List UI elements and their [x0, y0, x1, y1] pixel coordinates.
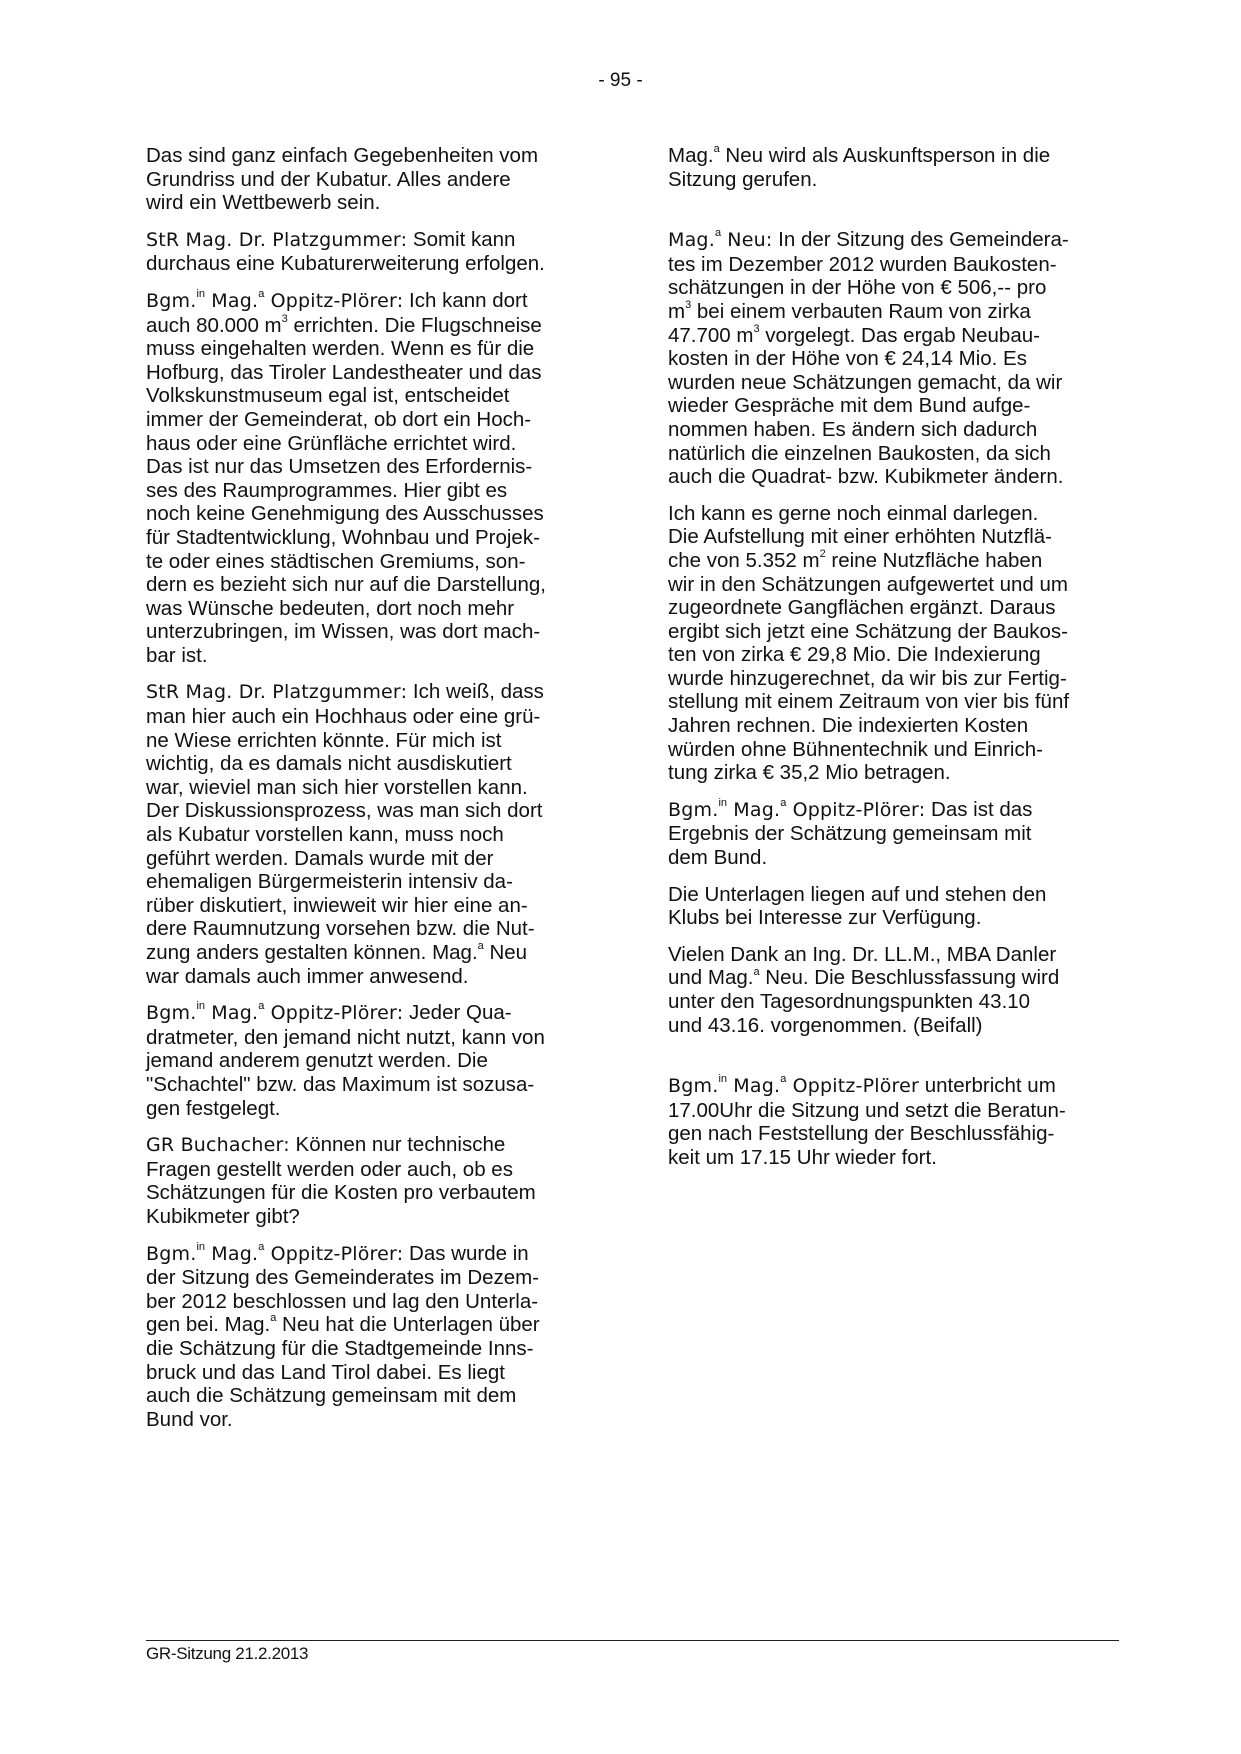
text-line: geführt werden. Damals wurde mit der: [146, 847, 596, 871]
text-line: Hofburg, das Tiroler Landestheater und d…: [146, 361, 596, 385]
text-run: Das wurde in: [403, 1242, 528, 1265]
paragraph: Die Unterlagen liegen auf und stehen den…: [668, 883, 1118, 930]
text-run: Neu hat die Unterlagen über: [276, 1313, 539, 1336]
paragraph: Bgm.in Mag.a Oppitz-Plörer: Das wurde in…: [146, 1242, 596, 1432]
paragraph: Vielen Dank an Ing. Dr. LL.M., MBA Danle…: [668, 943, 1118, 1037]
paragraph: StR Mag. Dr. Platzgummer: Ich weiß, dass…: [146, 680, 596, 988]
text-run: gen festgelegt.: [146, 1097, 281, 1120]
text-line: man hier auch ein Hochhaus oder eine grü…: [146, 705, 596, 729]
text-run: wichtig, da es damals nicht ausdiskutier…: [146, 752, 512, 775]
speaker-name: Oppitz-Plörer: [786, 1075, 919, 1097]
footer-session-date: GR-Sitzung 21.2.2013: [146, 1644, 308, 1664]
text-line: jemand anderem genutzt werden. Die: [146, 1049, 596, 1073]
text-line: dere Raumnutzung vorsehen bzw. die Nut-: [146, 917, 596, 941]
paragraph: Ich kann es gerne noch einmal darlegen.D…: [668, 502, 1118, 785]
paragraph: Mag.a Neu wird als Auskunftsperson in di…: [668, 144, 1118, 191]
text-line: der Sitzung des Gemeinderates im Dezem-: [146, 1266, 596, 1290]
text-run: kosten in der Höhe von € 24,14 Mio. Es: [668, 347, 1027, 370]
superscript: a: [270, 1312, 276, 1324]
text-run: natürlich die einzelnen Baukosten, da si…: [668, 442, 1051, 465]
text-run: te oder eines städtischen Gremiums, son-: [146, 550, 525, 573]
text-run: Jahren rechnen. Die indexierten Kosten: [668, 714, 1028, 737]
speaker-name: Bgm.: [668, 799, 718, 821]
text-run: Neu: [484, 941, 527, 964]
text-run: was Wünsche bedeuten, dort noch mehr: [146, 597, 514, 620]
text-run: Fragen gestellt werden oder auch, ob es: [146, 1158, 513, 1181]
text-run: 47.700 m: [668, 324, 753, 347]
text-run: als Kubatur vorstellen kann, muss noch: [146, 823, 504, 846]
text-line: keit um 17.15 Uhr wieder fort.: [668, 1146, 1118, 1170]
text-line: Volkskunstmuseum egal ist, entscheidet: [146, 384, 596, 408]
superscript: in: [196, 288, 205, 300]
paragraph: GR Buchacher: Können nur technischeFrage…: [146, 1133, 596, 1228]
text-line: Das sind ganz einfach Gegebenheiten vom: [146, 144, 596, 168]
speaker-name: Mag.: [668, 229, 715, 251]
speaker-name: Mag.: [205, 290, 258, 312]
text-line: ehemaligen Bürgermeisterin intensiv da-: [146, 870, 596, 894]
text-run: Das ist nur das Umsetzen des Erfordernis…: [146, 455, 532, 478]
paragraph: Bgm.in Mag.a Oppitz-Plörer unterbricht u…: [668, 1074, 1118, 1169]
speaker-name: Bgm.: [146, 1002, 196, 1024]
text-run: der Sitzung des Gemeinderates im Dezem-: [146, 1266, 539, 1289]
text-run: wurde hinzugerechnet, da wir bis zur Fer…: [668, 667, 1067, 690]
text-run: war, wieviel man sich hier vorstellen ka…: [146, 776, 528, 799]
text-line: gen festgelegt.: [146, 1097, 596, 1121]
left-column: Das sind ganz einfach Gegebenheiten vomG…: [146, 144, 596, 1444]
text-run: man hier auch ein Hochhaus oder eine grü…: [146, 705, 540, 728]
text-run: würden ohne Bühnentechnik und Einrich-: [668, 738, 1043, 761]
text-run: rüber diskutiert, inwieweit wir hier ein…: [146, 894, 528, 917]
text-line: Schätzungen für die Kosten pro verbautem: [146, 1181, 596, 1205]
text-run: che von 5.352 m: [668, 549, 820, 572]
text-run: Kubikmeter gibt?: [146, 1205, 300, 1228]
text-line: unterzubringen, im Wissen, was dort mach…: [146, 620, 596, 644]
text-line: Ich kann es gerne noch einmal darlegen.: [668, 502, 1118, 526]
text-run: tes im Dezember 2012 wurden Baukosten-: [668, 253, 1057, 276]
superscript: 3: [753, 323, 759, 335]
page-number: - 95 -: [0, 70, 1241, 92]
superscript: a: [478, 940, 484, 952]
text-run: und Mag.: [668, 966, 753, 989]
text-line: tung zirka € 35,2 Mio betragen.: [668, 761, 1118, 785]
text-run: auch die Schätzung gemeinsam mit dem: [146, 1384, 516, 1407]
speaker-name: Oppitz-Plörer:: [264, 1002, 403, 1024]
text-run: dere Raumnutzung vorsehen bzw. die Nut-: [146, 917, 535, 940]
text-line: die Schätzung für die Stadtgemeinde Inns…: [146, 1337, 596, 1361]
text-run: auch die Quadrat- bzw. Kubikmeter ändern…: [668, 465, 1063, 488]
text-line: Mag.a Neu wird als Auskunftsperson in di…: [668, 144, 1118, 168]
text-run: unter den Tagesordnungspunkten 43.10: [668, 990, 1030, 1013]
text-line: noch keine Genehmigung des Ausschusses: [146, 502, 596, 526]
text-line: rüber diskutiert, inwieweit wir hier ein…: [146, 894, 596, 918]
text-run: Die Unterlagen liegen auf und stehen den: [668, 883, 1046, 906]
text-line: Bgm.in Mag.a Oppitz-Plörer: Ich kann dor…: [146, 289, 596, 314]
paragraph: StR Mag. Dr. Platzgummer: Somit kanndurc…: [146, 228, 596, 276]
text-run: Die Aufstellung mit einer erhöhten Nutzf…: [668, 525, 1052, 548]
text-run: geführt werden. Damals wurde mit der: [146, 847, 494, 870]
text-line: wieder Gespräche mit dem Bund aufge-: [668, 394, 1118, 418]
text-run: Sitzung gerufen.: [668, 168, 817, 191]
text-line: dern es bezieht sich nur auf die Darstel…: [146, 573, 596, 597]
text-line: kosten in der Höhe von € 24,14 Mio. Es: [668, 347, 1118, 371]
text-run: nommen haben. Es ändern sich dadurch: [668, 418, 1037, 441]
superscript: a: [714, 143, 720, 155]
text-line: Grundriss und der Kubatur. Alles andere: [146, 168, 596, 192]
paragraph: Bgm.in Mag.a Oppitz-Plörer: Ich kann dor…: [146, 289, 596, 668]
paragraph: Bgm.in Mag.a Oppitz-Plörer: Das ist dasE…: [668, 798, 1118, 870]
text-run: Ich kann es gerne noch einmal darlegen.: [668, 502, 1038, 525]
text-run: stellung mit einem Zeitraum von vier bis…: [668, 690, 1069, 713]
text-line: 47.700 m3 vorgelegt. Das ergab Neubau-: [668, 324, 1118, 348]
text-run: ten von zirka € 29,8 Mio. Die Indexierun…: [668, 643, 1041, 666]
speaker-name: Mag.: [727, 1075, 780, 1097]
superscript: in: [196, 1000, 205, 1012]
text-run: ergibt sich jetzt eine Schätzung der Bau…: [668, 620, 1068, 643]
text-line: als Kubatur vorstellen kann, muss noch: [146, 823, 596, 847]
text-line: haus oder eine Grünfläche errichtet wird…: [146, 432, 596, 456]
speaker-name: Bgm.: [668, 1075, 718, 1097]
text-line: tes im Dezember 2012 wurden Baukosten-: [668, 253, 1118, 277]
text-line: che von 5.352 m2 reine Nutzfläche haben: [668, 549, 1118, 573]
text-run: schätzungen in der Höhe von € 506,-- pro: [668, 276, 1046, 299]
text-run: tung zirka € 35,2 Mio betragen.: [668, 761, 951, 784]
text-run: bei einem verbauten Raum von zirka: [691, 300, 1031, 323]
speaker-name: Bgm.: [146, 1243, 196, 1265]
text-run: dem Bund.: [668, 846, 767, 869]
text-run: Mag.: [668, 144, 714, 167]
text-run: Ergebnis der Schätzung gemeinsam mit: [668, 822, 1032, 845]
text-run: Ich kann dort: [403, 289, 527, 312]
text-run: m: [668, 300, 685, 323]
text-line: m3 bei einem verbauten Raum von zirka: [668, 300, 1118, 324]
text-run: Das ist das: [925, 798, 1032, 821]
text-run: Schätzungen für die Kosten pro verbautem: [146, 1181, 536, 1204]
text-line: wir in den Schätzungen aufgewertet und u…: [668, 573, 1118, 597]
text-line: zugeordnete Gangflächen ergänzt. Daraus: [668, 596, 1118, 620]
text-run: Der Diskussionsprozess, was man sich dor…: [146, 799, 542, 822]
text-line: Die Unterlagen liegen auf und stehen den: [668, 883, 1118, 907]
text-line: Vielen Dank an Ing. Dr. LL.M., MBA Danle…: [668, 943, 1118, 967]
text-line: ergibt sich jetzt eine Schätzung der Bau…: [668, 620, 1118, 644]
text-line: schätzungen in der Höhe von € 506,-- pro: [668, 276, 1118, 300]
text-run: gen nach Feststellung der Beschlussfähig…: [668, 1122, 1054, 1145]
text-line: zung anders gestalten können. Mag.a Neu: [146, 941, 596, 965]
text-line: wichtig, da es damals nicht ausdiskutier…: [146, 752, 596, 776]
text-run: muss eingehalten werden. Wenn es für die: [146, 337, 534, 360]
text-run: Hofburg, das Tiroler Landestheater und d…: [146, 361, 541, 384]
superscript: 3: [282, 313, 288, 325]
text-run: vorgelegt. Das ergab Neubau-: [760, 324, 1040, 347]
text-line: immer der Gemeinderat, ob dort ein Hoch-: [146, 408, 596, 432]
text-run: Klubs bei Interesse zur Verfügung.: [668, 906, 981, 929]
text-line: Klubs bei Interesse zur Verfügung.: [668, 906, 1118, 930]
text-run: immer der Gemeinderat, ob dort ein Hoch-: [146, 408, 531, 431]
text-line: te oder eines städtischen Gremiums, son-: [146, 550, 596, 574]
text-line: StR Mag. Dr. Platzgummer: Somit kann: [146, 228, 596, 253]
text-line: ber 2012 beschlossen und lag den Unterla…: [146, 1290, 596, 1314]
superscript: in: [196, 1241, 205, 1253]
paragraph: Das sind ganz einfach Gegebenheiten vomG…: [146, 144, 596, 215]
text-run: Jeder Qua-: [403, 1001, 511, 1024]
superscript: a: [780, 797, 786, 809]
text-line: Mag.a Neu: In der Sitzung des Gemeindera…: [668, 228, 1118, 253]
text-line: stellung mit einem Zeitraum von vier bis…: [668, 690, 1118, 714]
text-run: dratmeter, den jemand nicht nutzt, kann …: [146, 1026, 545, 1049]
text-line: durchaus eine Kubaturerweiterung erfolge…: [146, 252, 596, 276]
text-run: die Schätzung für die Stadtgemeinde Inns…: [146, 1337, 533, 1360]
text-line: ne Wiese errichten könnte. Für mich ist: [146, 729, 596, 753]
text-run: "Schachtel" bzw. das Maximum ist sozusa-: [146, 1073, 534, 1096]
speaker-name: GR Buchacher:: [146, 1134, 290, 1156]
text-run: durchaus eine Kubaturerweiterung erfolge…: [146, 252, 545, 275]
speaker-name: StR Mag. Dr. Platzgummer:: [146, 229, 407, 251]
text-run: und 43.16. vorgenommen. (Beifall): [668, 1014, 983, 1037]
text-run: In der Sitzung des Gemeindera-: [772, 228, 1068, 251]
text-line: auch die Schätzung gemeinsam mit dem: [146, 1384, 596, 1408]
text-run: zugeordnete Gangflächen ergänzt. Daraus: [668, 596, 1055, 619]
text-line: war, wieviel man sich hier vorstellen ka…: [146, 776, 596, 800]
speaker-name: Oppitz-Plörer:: [786, 799, 925, 821]
text-run: Bund vor.: [146, 1408, 233, 1431]
text-line: auch die Quadrat- bzw. Kubikmeter ändern…: [668, 465, 1118, 489]
text-run: Können nur technische: [290, 1133, 505, 1156]
text-line: wurden neue Schätzungen gemacht, da wir: [668, 371, 1118, 395]
text-line: Jahren rechnen. Die indexierten Kosten: [668, 714, 1118, 738]
text-run: ehemaligen Bürgermeisterin intensiv da-: [146, 870, 513, 893]
text-run: ber 2012 beschlossen und lag den Unterla…: [146, 1290, 538, 1313]
text-run: Das sind ganz einfach Gegebenheiten vom: [146, 144, 538, 167]
text-run: keit um 17.15 Uhr wieder fort.: [668, 1146, 937, 1169]
text-run: ne Wiese errichten könnte. Für mich ist: [146, 729, 501, 752]
text-run: Vielen Dank an Ing. Dr. LL.M., MBA Danle…: [668, 943, 1056, 966]
text-line: würden ohne Bühnentechnik und Einrich-: [668, 738, 1118, 762]
speaker-name: Oppitz-Plörer:: [264, 1243, 403, 1265]
text-line: dratmeter, den jemand nicht nutzt, kann …: [146, 1026, 596, 1050]
text-line: muss eingehalten werden. Wenn es für die: [146, 337, 596, 361]
text-line: Die Aufstellung mit einer erhöhten Nutzf…: [668, 525, 1118, 549]
text-run: wurden neue Schätzungen gemacht, da wir: [668, 371, 1062, 394]
text-line: auch 80.000 m3 errichten. Die Flugschnei…: [146, 314, 596, 338]
text-line: wird ein Wettbewerb sein.: [146, 191, 596, 215]
text-run: wird ein Wettbewerb sein.: [146, 191, 380, 214]
superscript: a: [715, 227, 721, 239]
text-run: dern es bezieht sich nur auf die Darstel…: [146, 573, 546, 596]
text-line: Der Diskussionsprozess, was man sich dor…: [146, 799, 596, 823]
text-line: StR Mag. Dr. Platzgummer: Ich weiß, dass: [146, 680, 596, 705]
text-run: Somit kann: [407, 228, 515, 251]
text-line: Fragen gestellt werden oder auch, ob es: [146, 1158, 596, 1182]
text-run: unterbricht um: [919, 1074, 1056, 1097]
superscript: a: [258, 1000, 264, 1012]
text-line: wurde hinzugerechnet, da wir bis zur Fer…: [668, 667, 1118, 691]
paragraph: Bgm.in Mag.a Oppitz-Plörer: Jeder Qua-dr…: [146, 1001, 596, 1120]
text-line: dem Bund.: [668, 846, 1118, 870]
superscript: a: [753, 966, 759, 978]
speaker-name: Bgm.: [146, 290, 196, 312]
speaker-name: Oppitz-Plörer:: [264, 290, 403, 312]
text-line: gen nach Feststellung der Beschlussfähig…: [668, 1122, 1118, 1146]
text-line: ses des Raumprogrammes. Hier gibt es: [146, 479, 596, 503]
superscript: 2: [820, 548, 826, 560]
text-line: Bgm.in Mag.a Oppitz-Plörer: Jeder Qua-: [146, 1001, 596, 1026]
text-run: Volkskunstmuseum egal ist, entscheidet: [146, 384, 510, 407]
text-line: Bgm.in Mag.a Oppitz-Plörer unterbricht u…: [668, 1074, 1118, 1099]
text-run: jemand anderem genutzt werden. Die: [146, 1049, 488, 1072]
superscript: in: [718, 797, 727, 809]
text-run: Neu. Die Beschlussfassung wird: [760, 966, 1060, 989]
text-line: bruck und das Land Tirol dabei. Es liegt: [146, 1361, 596, 1385]
text-line: was Wünsche bedeuten, dort noch mehr: [146, 597, 596, 621]
speaker-name: Mag.: [727, 799, 780, 821]
speaker-name: Neu:: [721, 229, 772, 251]
text-line: und 43.16. vorgenommen. (Beifall): [668, 1014, 1118, 1038]
footer-divider: [146, 1640, 1119, 1641]
superscript: a: [258, 288, 264, 300]
text-line: "Schachtel" bzw. das Maximum ist sozusa-: [146, 1073, 596, 1097]
text-run: bar ist.: [146, 644, 208, 667]
superscript: a: [780, 1073, 786, 1085]
right-column: Mag.a Neu wird als Auskunftsperson in di…: [668, 144, 1118, 1183]
text-line: natürlich die einzelnen Baukosten, da si…: [668, 442, 1118, 466]
text-line: nommen haben. Es ändern sich dadurch: [668, 418, 1118, 442]
text-line: Bund vor.: [146, 1408, 596, 1432]
text-run: haus oder eine Grünfläche errichtet wird…: [146, 432, 516, 455]
text-line: gen bei. Mag.a Neu hat die Unterlagen üb…: [146, 1313, 596, 1337]
text-run: bruck und das Land Tirol dabei. Es liegt: [146, 1361, 505, 1384]
text-line: GR Buchacher: Können nur technische: [146, 1133, 596, 1158]
superscript: in: [718, 1073, 727, 1085]
text-line: Bgm.in Mag.a Oppitz-Plörer: Das ist das: [668, 798, 1118, 823]
speaker-name: StR Mag. Dr. Platzgummer:: [146, 681, 407, 703]
text-line: Kubikmeter gibt?: [146, 1205, 596, 1229]
text-run: noch keine Genehmigung des Ausschusses: [146, 502, 544, 525]
text-line: Ergebnis der Schätzung gemeinsam mit: [668, 822, 1118, 846]
text-line: 17.00Uhr die Sitzung und setzt die Berat…: [668, 1099, 1118, 1123]
speaker-name: Mag.: [205, 1002, 258, 1024]
text-run: wir in den Schätzungen aufgewertet und u…: [668, 573, 1068, 596]
text-line: Sitzung gerufen.: [668, 168, 1118, 192]
superscript: 3: [685, 299, 691, 311]
paragraph: Mag.a Neu: In der Sitzung des Gemeindera…: [668, 228, 1118, 489]
text-line: für Stadtentwicklung, Wohnbau und Projek…: [146, 526, 596, 550]
text-run: unterzubringen, im Wissen, was dort mach…: [146, 620, 540, 643]
text-run: Neu wird als Auskunftsperson in die: [720, 144, 1050, 167]
text-line: ten von zirka € 29,8 Mio. Die Indexierun…: [668, 643, 1118, 667]
text-run: Ich weiß, dass: [407, 680, 544, 703]
text-run: für Stadtentwicklung, Wohnbau und Projek…: [146, 526, 540, 549]
text-run: zung anders gestalten können. Mag.: [146, 941, 478, 964]
text-line: Bgm.in Mag.a Oppitz-Plörer: Das wurde in: [146, 1242, 596, 1267]
text-run: auch 80.000 m: [146, 314, 282, 337]
speaker-name: Mag.: [205, 1243, 258, 1265]
text-line: bar ist.: [146, 644, 596, 668]
text-run: reine Nutzfläche haben: [826, 549, 1043, 572]
text-run: errichten. Die Flugschneise: [288, 314, 542, 337]
text-run: Grundriss und der Kubatur. Alles andere: [146, 168, 511, 191]
text-run: ses des Raumprogrammes. Hier gibt es: [146, 479, 507, 502]
text-line: unter den Tagesordnungspunkten 43.10: [668, 990, 1118, 1014]
text-run: war damals auch immer anwesend.: [146, 965, 468, 988]
text-run: wieder Gespräche mit dem Bund aufge-: [668, 394, 1030, 417]
text-line: war damals auch immer anwesend.: [146, 965, 596, 989]
text-line: und Mag.a Neu. Die Beschlussfassung wird: [668, 966, 1118, 990]
superscript: a: [258, 1241, 264, 1253]
text-run: gen bei. Mag.: [146, 1313, 270, 1336]
text-run: 17.00Uhr die Sitzung und setzt die Berat…: [668, 1099, 1066, 1122]
text-line: Das ist nur das Umsetzen des Erfordernis…: [146, 455, 596, 479]
